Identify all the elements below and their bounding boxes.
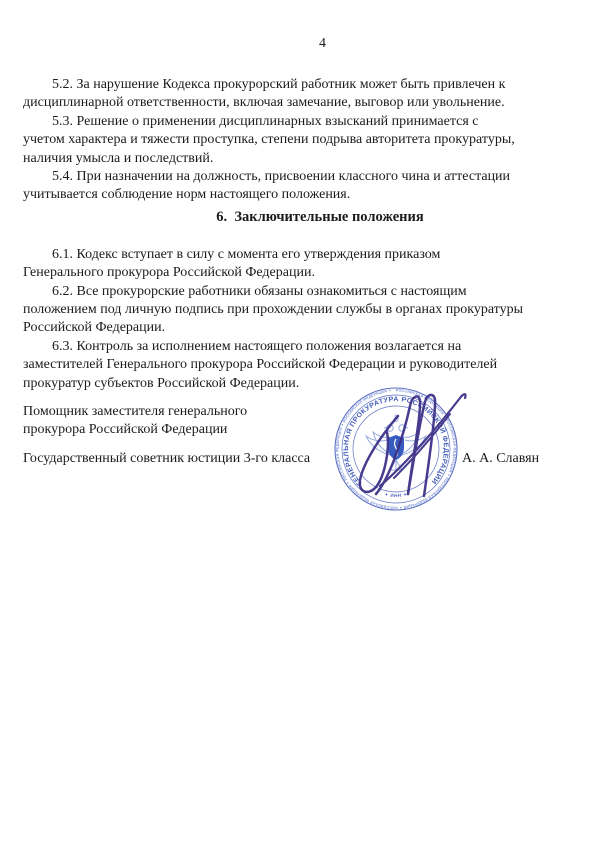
paragraph-6-3: 6.3. Контроль за исполнением настоящего …	[23, 338, 581, 393]
text-line: 6.1. Кодекс вступает в силу с момента ег…	[23, 246, 581, 264]
signatory-position-line: Помощник заместителя генерального	[23, 403, 581, 421]
signatory-position-line: прокурора Российской Федерации	[23, 421, 581, 439]
text-line: прокуратур субъектов Российской Федераци…	[23, 375, 581, 393]
text-line: 5.3. Решение о применении дисциплинарных…	[23, 113, 581, 131]
paragraph-5-4: 5.4. При назначении на должность, присво…	[23, 168, 581, 205]
text-line: Генерального прокурора Российской Федера…	[23, 264, 581, 282]
signatory-name: А. А. Славян	[462, 450, 539, 468]
signature-rank-row: Государственный советник юстиции 3-го кл…	[23, 450, 581, 468]
text-line: 5.4. При назначении на должность, присво…	[23, 168, 581, 186]
text-line: заместителей Генерального прокурора Росс…	[23, 356, 581, 374]
text-line: 6.2. Все прокурорские работники обязаны …	[23, 283, 581, 301]
paragraph-5-2: 5.2. За нарушение Кодекса прокурорский р…	[23, 76, 581, 113]
signature-block: Помощник заместителя генерального прокур…	[23, 403, 581, 468]
document-body: 5.2. За нарушение Кодекса прокурорский р…	[23, 76, 581, 468]
text-line: положением под личную подпись при прохож…	[23, 301, 581, 319]
paragraph-6-2: 6.2. Все прокурорские работники обязаны …	[23, 283, 581, 338]
text-line: дисциплинарной ответственности, включая …	[23, 94, 581, 112]
text-line: учетом характера и тяжести проступка, ст…	[23, 131, 581, 149]
paragraph-6-1: 6.1. Кодекс вступает в силу с момента ег…	[23, 246, 581, 283]
seal-bottom-text: ✦ ИНН ✦	[384, 492, 408, 498]
text-line: учитывается соблюдение норм настоящего п…	[23, 186, 581, 204]
document-page: 4 5.2. За нарушение Кодекса прокурорский…	[0, 0, 605, 855]
text-line: Российской Федерации.	[23, 319, 581, 337]
page-number: 4	[20, 35, 605, 53]
paragraph-5-3: 5.3. Решение о применении дисциплинарных…	[23, 113, 581, 168]
section-6-heading: 6. Заключительные положения	[41, 208, 599, 226]
text-line: наличия умысла и последствий.	[23, 150, 581, 168]
text-line: 5.2. За нарушение Кодекса прокурорский р…	[23, 76, 581, 94]
text-line: 6.3. Контроль за исполнением настоящего …	[23, 338, 581, 356]
